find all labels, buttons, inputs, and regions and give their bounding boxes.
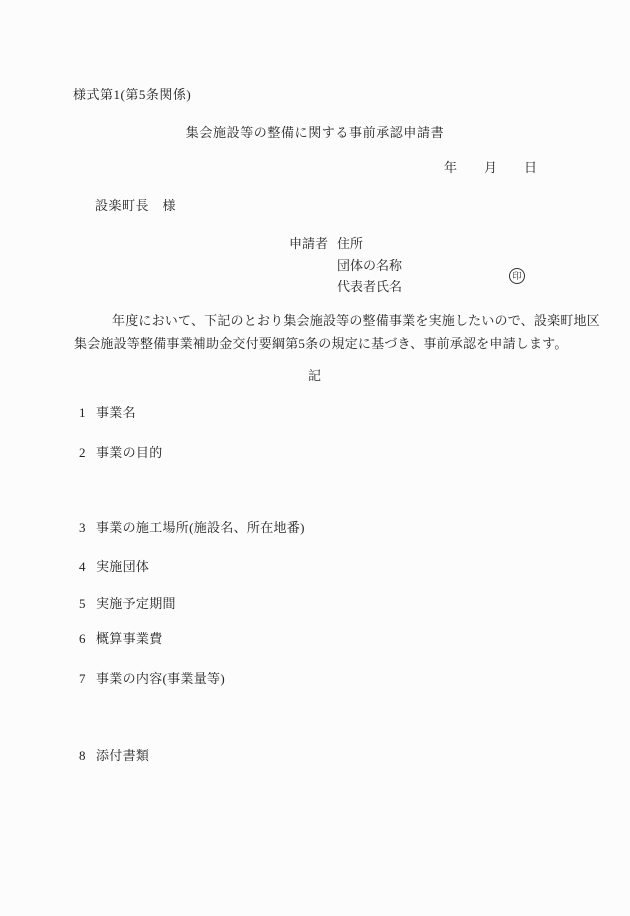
applicant-org-name-label: 団体の名称 bbox=[337, 259, 402, 272]
item-label: 実施予定期間 bbox=[96, 597, 176, 610]
item-label: 事業の目的 bbox=[96, 446, 163, 459]
applicant-label-spacer bbox=[289, 259, 337, 272]
body-paragraph: 年度において、下記のとおり集会施設等の整備事業を実施したいので、設楽町地区 集会… bbox=[74, 310, 570, 355]
body-line-2: 集会施設等整備事業補助金交付要綱第5条の規定に基づき、事前承認を申請します。 bbox=[74, 333, 570, 356]
item-label: 添付書類 bbox=[96, 749, 149, 762]
applicant-section: 申請者 住所 団体の名称 代表者氏名 bbox=[289, 237, 402, 302]
list-item-project-name: 1 事業名 bbox=[79, 406, 136, 419]
body-line-1: 年度において、下記のとおり集会施設等の整備事業を実施したいので、設楽町地区 bbox=[74, 310, 570, 333]
date-year-label: 年 bbox=[444, 161, 457, 174]
list-item-planned-period: 5 実施予定期間 bbox=[79, 597, 176, 610]
item-label: 事業の内容(事業量等) bbox=[96, 672, 225, 685]
page-title: 集会施設等の整備に関する事前承認申請書 bbox=[0, 126, 630, 139]
item-number: 2 bbox=[79, 446, 96, 459]
seal-character: 印 bbox=[512, 272, 521, 281]
applicant-address-label: 住所 bbox=[337, 237, 363, 250]
item-number: 6 bbox=[79, 632, 96, 645]
date-line: 年 月 日 bbox=[444, 161, 537, 174]
applicant-address-row: 申請者 住所 bbox=[289, 237, 402, 250]
document-page: 様式第1(第5条関係) 集会施設等の整備に関する事前承認申請書 年 月 日 設楽… bbox=[0, 0, 630, 916]
item-number: 7 bbox=[79, 672, 96, 685]
applicant-label: 申請者 bbox=[289, 237, 337, 250]
item-label: 事業名 bbox=[96, 406, 136, 419]
date-month-label: 月 bbox=[484, 161, 497, 174]
seal-icon: 印 bbox=[509, 268, 525, 284]
applicant-representative-row: 代表者氏名 bbox=[289, 280, 402, 293]
applicant-label-spacer bbox=[289, 280, 337, 293]
item-number: 1 bbox=[79, 406, 96, 419]
applicant-representative-label: 代表者氏名 bbox=[337, 280, 402, 293]
list-item-estimated-cost: 6 概算事業費 bbox=[79, 632, 163, 645]
list-item-project-purpose: 2 事業の目的 bbox=[79, 446, 163, 459]
item-label: 概算事業費 bbox=[96, 632, 163, 645]
item-label: 実施団体 bbox=[96, 560, 149, 573]
applicant-org-row: 団体の名称 bbox=[289, 259, 402, 272]
item-label: 事業の施工場所(施設名、所在地番) bbox=[96, 521, 305, 534]
record-marker: 記 bbox=[0, 369, 630, 382]
list-item-project-details: 7 事業の内容(事業量等) bbox=[79, 672, 225, 685]
list-item-construction-site: 3 事業の施工場所(施設名、所在地番) bbox=[79, 521, 305, 534]
item-number: 4 bbox=[79, 560, 96, 573]
list-item-attached-documents: 8 添付書類 bbox=[79, 749, 149, 762]
item-number: 8 bbox=[79, 749, 96, 762]
form-id-label: 様式第1(第5条関係) bbox=[73, 88, 191, 101]
addressee-label: 設楽町長 様 bbox=[95, 199, 176, 212]
item-number: 3 bbox=[79, 521, 96, 534]
list-item-implementing-org: 4 実施団体 bbox=[79, 560, 149, 573]
item-number: 5 bbox=[79, 597, 96, 610]
date-day-label: 日 bbox=[524, 161, 537, 174]
